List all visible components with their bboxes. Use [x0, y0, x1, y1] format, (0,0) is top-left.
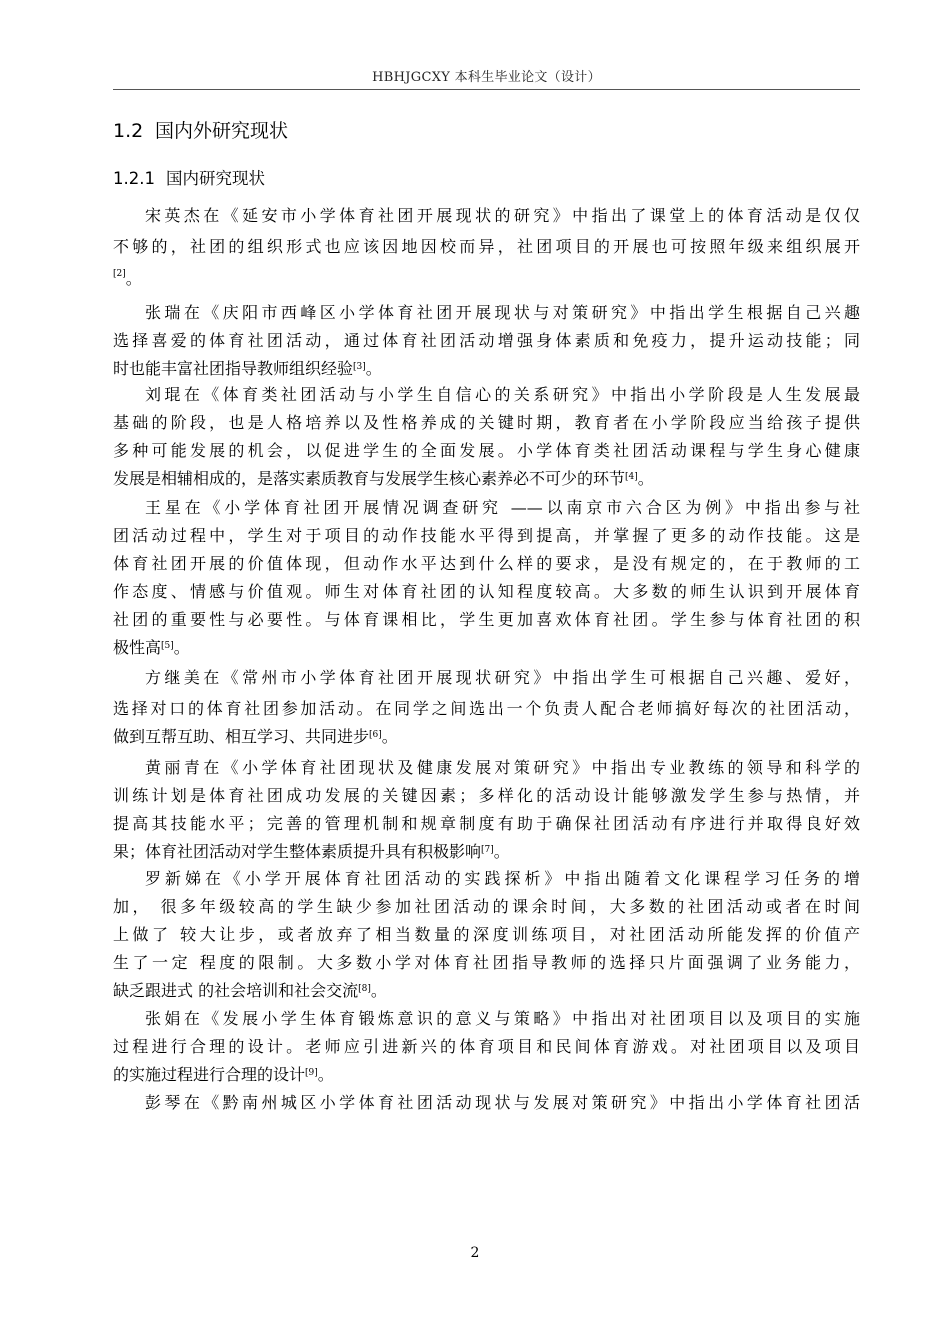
text-line: 发展是相辅相成的，是落实素质教育与发展学生核心素养必不可少的环节[4]。 — [113, 468, 860, 490]
subsection-heading: 1.2.1国内研究现状 — [113, 167, 265, 191]
citation: [3] — [353, 362, 366, 372]
citation: [2] — [113, 269, 126, 279]
text-line: 的实施过程进行合理的设计[9]。 — [113, 1064, 860, 1086]
text-line: 基础的阶段，也是人格培养以及性格养成的关键时期，教育者在小学阶段应当给孩子提供 — [113, 412, 860, 434]
citation: [7] — [481, 845, 494, 855]
section-title: 国内外研究现状 — [155, 120, 288, 142]
page-number: 2 — [0, 1243, 950, 1263]
text-line: [2]。 — [113, 268, 142, 290]
text-line: 团活动过程中，学生对于项目的动作技能水平得到提高，并掌握了更多的动作技能。这是 — [113, 525, 860, 547]
text-line: 果；体育社团活动对学生整体素质提升具有积极影响[7]。 — [113, 841, 860, 863]
text-line: 社团的重要性与必要性。与体育课相比，学生更加喜欢体育社团。学生参与体育社团的积 — [113, 609, 860, 631]
citation: [5] — [161, 641, 174, 651]
text-line: 生了一定 程度的限制。大多数小学对体育社团指导教师的选择只片面强调了业务能力， — [113, 952, 860, 974]
text-line: 王星在《小学体育社团开展情况调查研究 ——以南京市六合区为例》中指出参与社 — [145, 497, 860, 519]
text-line: 方继美在《常州市小学体育社团开展现状研究》中指出学生可根据自己兴趣、爱好， — [145, 667, 860, 689]
text-line: 宋英杰在《延安市小学体育社团开展现状的研究》中指出了课堂上的体育活动是仅仅 — [145, 205, 860, 227]
text-line: 张娟在《发展小学生体育锻炼意识的意义与策略》中指出对社团项目以及项目的实施 — [145, 1008, 860, 1030]
text-line: 选择喜爱的体育社团活动，通过体育社团活动增强身体素质和免疫力，提升运动技能；同 — [113, 330, 860, 352]
subsection-number: 1.2.1 — [113, 167, 166, 191]
text-line: 刘琨在《体育类社团活动与小学生自信心的关系研究》中指出小学阶段是人生发展最 — [145, 384, 860, 406]
text-line: 体育社团开展的价值体现，但动作水平达到什么样的要求，是没有规定的，在于教师的工 — [113, 553, 860, 575]
text-line: 加， 很多年级较高的学生缺少参加社团活动的课余时间，大多数的社团活动或者在时间 — [113, 896, 860, 918]
text-line: 做到互帮互助、相互学习、共同进步[6]。 — [113, 726, 860, 748]
text-line: 罗新娣在《小学开展体育社团活动的实践探析》中指出随着文化课程学习任务的增 — [145, 868, 860, 890]
text-line: 训练计划是体育社团成功发展的关键因素；多样化的活动设计能够激发学生参与热情，并 — [113, 785, 860, 807]
running-header: HBHJGCXY 本科生毕业论文（设计） — [113, 68, 860, 88]
citation: [6] — [369, 730, 382, 740]
text-line: 提高其技能水平；完善的管理机制和规章制度有助于确保社团活动有序进行并取得良好效 — [113, 813, 860, 835]
text-line: 彭琴在《黔南州城区小学体育社团活动现状与发展对策研究》中指出小学体育社团活 — [145, 1092, 860, 1114]
header-divider — [113, 89, 860, 90]
section-number: 1.2 — [113, 118, 155, 144]
text-line: 作态度、情感与价值观。师生对体育社团的认知程度较高。大多数的师生认识到开展体育 — [113, 581, 860, 603]
text-line: 多种可能发展的机会，以促进学生的全面发展。小学体育类社团活动课程与学生身心健康 — [113, 440, 860, 462]
text-line: 时也能丰富社团指导教师组织经验[3]。 — [113, 358, 860, 380]
text-line: 黄丽青在《小学体育社团现状及健康发展对策研究》中指出专业教练的领导和科学的 — [145, 757, 860, 779]
section-heading: 1.2国内外研究现状 — [113, 118, 288, 144]
citation: [9] — [305, 1068, 318, 1078]
text-line: 过程进行合理的设计。老师应引进新兴的体育项目和民间体育游戏。对社团项目以及项目 — [113, 1036, 860, 1058]
text-line: 极性高[5]。 — [113, 637, 860, 659]
citation: [4] — [625, 472, 638, 482]
subsection-title: 国内研究现状 — [166, 169, 265, 188]
text-line: 上做了 较大让步，或者放弃了相当数量的深度训练项目，对社团活动所能发挥的价值产 — [113, 924, 860, 946]
citation: [8] — [358, 984, 371, 994]
text-line: 缺乏跟进式 的社会培训和社会交流[8]。 — [113, 980, 860, 1002]
text-line: 选择对口的体育社团参加活动。在同学之间选出一个负责人配合老师搞好每次的社团活动， — [113, 698, 860, 720]
text-line: 不够的，社团的组织形式也应该因地因校而异，社团项目的开展也可按照年级来组织展开 — [113, 236, 860, 258]
text-line: 张瑞在《庆阳市西峰区小学体育社团开展现状与对策研究》中指出学生根据自己兴趣 — [145, 302, 860, 324]
